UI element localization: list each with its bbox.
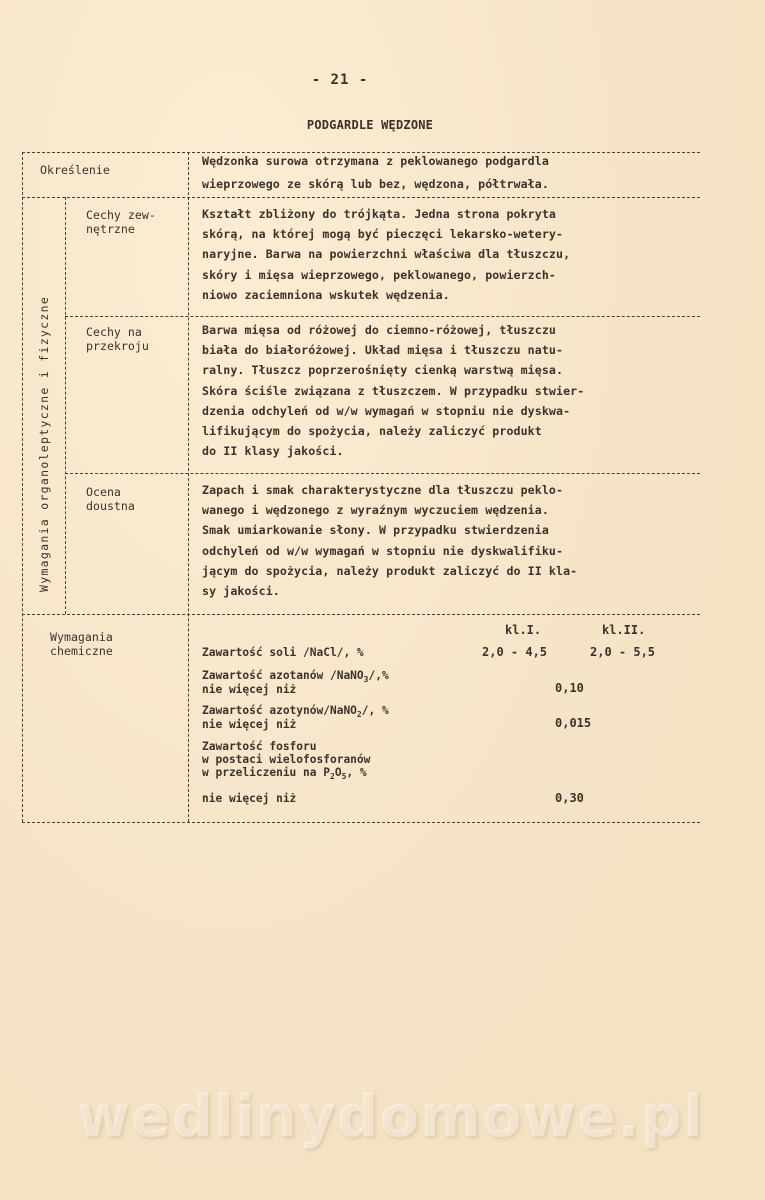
taste-text: Zapach i smak charakterystyczne dla tłus… <box>202 480 577 601</box>
phosphorus-label-1: Zawartość fosforu <box>202 740 317 753</box>
definition-line-1: Wędzonka surowa otrzymana z peklowanego … <box>202 151 549 171</box>
row-divider-1 <box>22 197 700 198</box>
external-features-label: Cechy zew- nętrzne <box>86 208 156 236</box>
nitrate-value: 0,10 <box>555 681 584 695</box>
chemical-label: Wymagania chemiczne <box>50 630 113 658</box>
class-1-header: kl.I. <box>505 623 541 637</box>
salt-class-2: 2,0 - 5,5 <box>590 645 655 659</box>
organoleptic-group-label: Wymagania organoleptyczne i fizyczne <box>37 262 51 592</box>
external-features-text: Kształt zbliżony do trójkąta. Jedna stro… <box>202 204 570 305</box>
nitrite-limit-label: nie więcej niż <box>202 718 296 731</box>
phosphorus-limit-label: nie więcej niż <box>202 792 296 805</box>
salt-content-label: Zawartość soli /NaCl/, % <box>202 646 364 659</box>
definition-line-2: wieprzowego ze skórą lub bez, wędzona, p… <box>202 174 549 194</box>
page-number: - 21 - <box>300 72 380 88</box>
row-divider-3 <box>65 473 700 474</box>
watermark: wedlinydomowe.pl <box>60 1082 720 1150</box>
nitrate-limit-label: nie więcej niż <box>202 683 296 696</box>
row-divider-2 <box>65 316 700 317</box>
cross-section-text: Barwa mięsa od różowej do ciemno-różowej… <box>202 320 584 461</box>
definition-label: Określenie <box>40 163 110 177</box>
phosphorus-label-2: w postaci wielofosforanów <box>202 753 370 766</box>
class-2-header: kl.II. <box>602 623 645 637</box>
nitrite-value: 0,015 <box>555 716 591 730</box>
cross-section-label: Cechy na przekroju <box>86 325 149 353</box>
taste-label: Ocena doustna <box>86 485 135 513</box>
phosphorus-label-3: w przeliczeniu na P2O5, % <box>202 766 367 783</box>
column-divider-sub <box>65 197 66 614</box>
document-title: PODGARDLE WĘDZONE <box>230 118 510 132</box>
table-border-bottom <box>22 822 700 823</box>
salt-class-1: 2,0 - 4,5 <box>482 645 547 659</box>
row-divider-4 <box>22 614 700 615</box>
phosphorus-value: 0,30 <box>555 791 584 805</box>
column-divider-main <box>188 152 189 822</box>
table-border-left <box>22 152 23 822</box>
